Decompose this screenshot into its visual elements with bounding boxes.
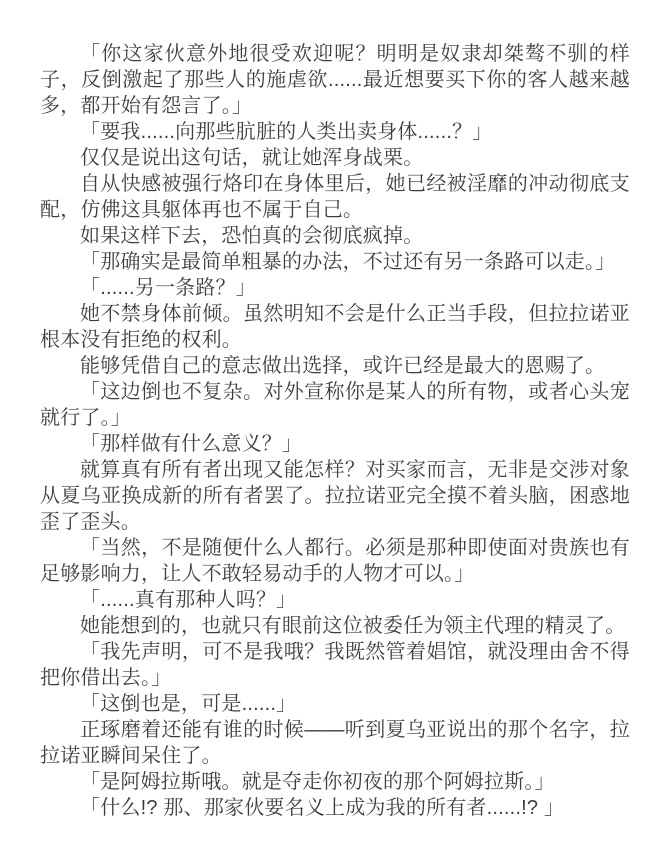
paragraph: 如果这样下去，恐怕真的会彻底疯掉。 — [40, 223, 630, 249]
paragraph: 自从快感被强行烙印在身体里后，她已经被淫靡的冲动彻底支配，仿佛这具躯体再也不属于… — [40, 171, 630, 223]
paragraph: 「......另一条路？」 — [40, 275, 630, 301]
paragraph: 能够凭借自己的意志做出选择，或许已经是最大的恩赐了。 — [40, 353, 630, 379]
paragraph: 仅仅是说出这句话，就让她浑身战栗。 — [40, 145, 630, 171]
paragraph: 正琢磨着还能有谁的时候——听到夏乌亚说出的那个名字，拉拉诺亚瞬间呆住了。 — [40, 717, 630, 769]
paragraph: 「当然，不是随便什么人都行。必须是那种即使面对贵族也有足够影响力，让人不敢轻易动… — [40, 535, 630, 587]
paragraph: 她能想到的，也就只有眼前这位被委任为领主代理的精灵了。 — [40, 613, 630, 639]
paragraph: 「这边倒也不复杂。对外宣称你是某人的所有物，或者心头宠就行了。」 — [40, 379, 630, 431]
novel-reader-page: 「你这家伙意外地很受欢迎呢？明明是奴隶却桀骜不驯的样子，反倒激起了那些人的施虐欲… — [0, 0, 650, 850]
paragraph: 「要我......向那些肮脏的人类出卖身体......？」 — [40, 119, 630, 145]
paragraph: 「那样做有什么意义？」 — [40, 431, 630, 457]
novel-text-body: 「你这家伙意外地很受欢迎呢？明明是奴隶却桀骜不驯的样子，反倒激起了那些人的施虐欲… — [40, 41, 630, 821]
paragraph: 「什么!? 那、那家伙要名义上成为我的所有者......!? 」 — [40, 795, 630, 821]
paragraph: 「是阿姆拉斯哦。就是夺走你初夜的那个阿姆拉斯。」 — [40, 769, 630, 795]
paragraph: 「那确实是最简单粗暴的办法，不过还有另一条路可以走。」 — [40, 249, 630, 275]
paragraph: 「这倒也是，可是......」 — [40, 691, 630, 717]
paragraph: 「我先声明，可不是我哦？我既然管着娼馆，就没理由舍不得把你借出去。」 — [40, 639, 630, 691]
paragraph: 她不禁身体前倾。虽然明知不会是什么正当手段，但拉拉诺亚根本没有拒绝的权利。 — [40, 301, 630, 353]
paragraph: 「你这家伙意外地很受欢迎呢？明明是奴隶却桀骜不驯的样子，反倒激起了那些人的施虐欲… — [40, 41, 630, 119]
paragraph: 「......真有那种人吗？」 — [40, 587, 630, 613]
paragraph: 就算真有所有者出现又能怎样？对买家而言，无非是交涉对象从夏乌亚换成新的所有者罢了… — [40, 457, 630, 535]
